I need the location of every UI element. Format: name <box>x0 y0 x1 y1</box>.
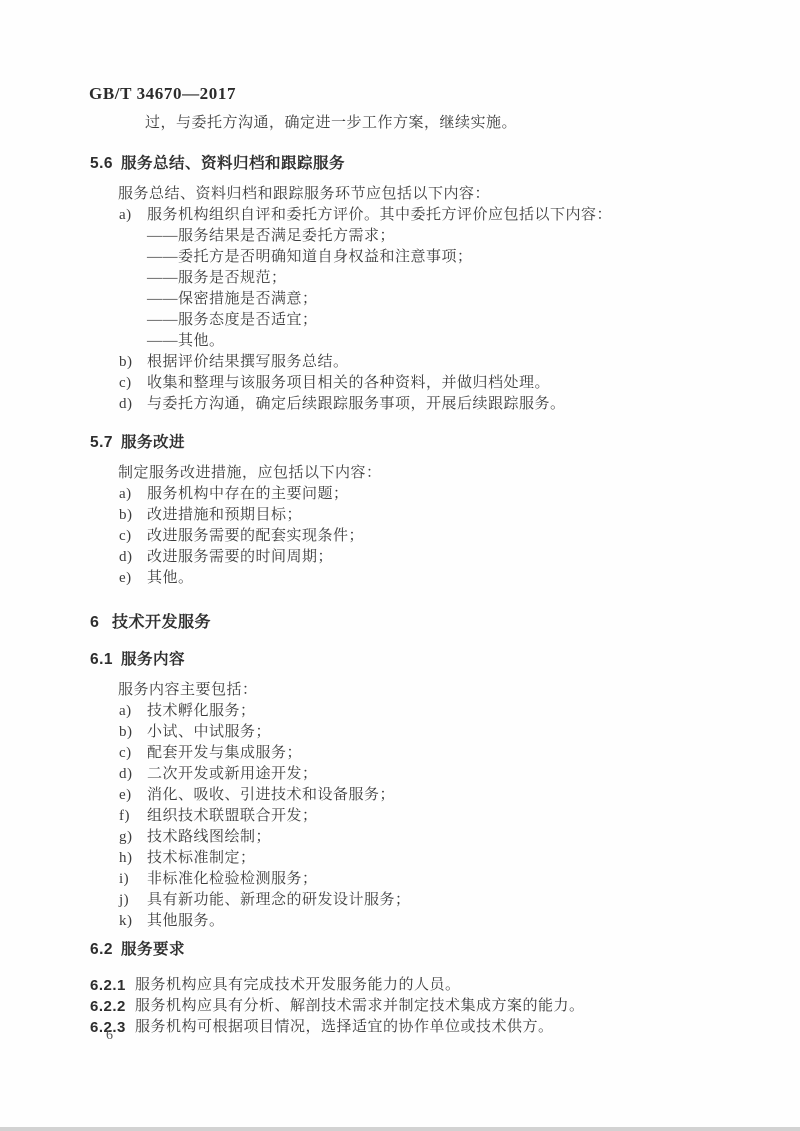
section-heading-5-6: 5.6 服务总结、资料归档和跟踪服务 <box>90 152 750 176</box>
list-item: a) 服务机构中存在的主要问题； <box>119 484 750 505</box>
numbered-clause: 6.2.1 服务机构应具有完成技术开发服务能力的人员。 <box>90 975 750 996</box>
dash-subitem: ——其他。 <box>147 331 750 352</box>
item-text: 其他。 <box>147 568 194 589</box>
section-heading-5-7: 5.7 服务改进 <box>90 431 750 455</box>
numbered-clause: 6.2.3 服务机构可根据项目情况，选择适宜的协作单位或技术供方。 <box>90 1017 750 1038</box>
section-title: 服务改进 <box>121 431 185 455</box>
list-item: e) 其他。 <box>119 568 750 589</box>
item-text: 与委托方沟通，确定后续跟踪服务事项，开展后续跟踪服务。 <box>147 394 566 415</box>
clause-text: 服务机构应具有完成技术开发服务能力的人员。 <box>135 975 461 996</box>
scan-bottom-edge <box>0 1127 800 1131</box>
list-item: c) 改进服务需要的配套实现条件； <box>119 526 750 547</box>
clause-text: 服务机构应具有分析、解剖技术需求并制定技术集成方案的能力。 <box>135 996 585 1017</box>
numbered-clause: 6.2.2 服务机构应具有分析、解剖技术需求并制定技术集成方案的能力。 <box>90 996 750 1017</box>
list-item: j) 具有新功能、新理念的研发设计服务； <box>119 890 750 911</box>
item-label: a) <box>119 205 147 226</box>
item-text: 二次开发或新用途开发； <box>147 764 318 785</box>
section-intro: 服务总结、资料归档和跟踪服务环节应包括以下内容： <box>118 184 750 205</box>
list-item: b) 根据评价结果撰写服务总结。 <box>119 352 750 373</box>
list-item: b) 改进措施和预期目标； <box>119 505 750 526</box>
item-text: 收集和整理与该服务项目相关的各种资料，并做归档处理。 <box>147 373 550 394</box>
dash-subitem: ——服务结果是否满足委托方需求； <box>147 226 750 247</box>
item-text: 改进服务需要的时间周期； <box>147 547 333 568</box>
list-item: h) 技术标准制定； <box>119 848 750 869</box>
list-item: d) 二次开发或新用途开发； <box>119 764 750 785</box>
chapter-heading-6: 6 技术开发服务 <box>90 610 750 636</box>
section-title: 服务内容 <box>121 648 185 672</box>
item-label: c) <box>119 743 147 764</box>
item-text: 组织技术联盟联合开发； <box>147 806 318 827</box>
dash-subitem: ——保密措施是否满意； <box>147 289 750 310</box>
dash-subitem: ——服务是否规范； <box>147 268 750 289</box>
list-item: a) 服务机构组织自评和委托方评价。其中委托方评价应包括以下内容： <box>119 205 750 226</box>
list-item: f) 组织技术联盟联合开发； <box>119 806 750 827</box>
item-label: i) <box>119 869 147 890</box>
section-intro: 制定服务改进措施，应包括以下内容： <box>118 463 750 484</box>
item-text: 服务机构组织自评和委托方评价。其中委托方评价应包括以下内容： <box>147 205 612 226</box>
item-label: d) <box>119 394 147 415</box>
item-label: a) <box>119 484 147 505</box>
continuation-paragraph: 过，与委托方沟通，确定进一步工作方案，继续实施。 <box>145 113 750 134</box>
item-text: 消化、吸收、引进技术和设备服务； <box>147 785 395 806</box>
list-item: d) 改进服务需要的时间周期； <box>119 547 750 568</box>
item-text: 改进措施和预期目标； <box>147 505 302 526</box>
dash-subitem: ——服务态度是否适宜； <box>147 310 750 331</box>
section-number: 5.7 <box>90 431 121 455</box>
item-label: c) <box>119 526 147 547</box>
clause-number: 6.2.2 <box>90 996 135 1017</box>
list-item: c) 收集和整理与该服务项目相关的各种资料，并做归档处理。 <box>119 373 750 394</box>
section-number: 6.2 <box>90 938 121 962</box>
item-label: d) <box>119 764 147 785</box>
item-label: j) <box>119 890 147 911</box>
list-item: e) 消化、吸收、引进技术和设备服务； <box>119 785 750 806</box>
item-text: 其他服务。 <box>147 911 225 932</box>
section-heading-6-1: 6.1 服务内容 <box>90 648 750 672</box>
item-label: k) <box>119 911 147 932</box>
item-label: b) <box>119 505 147 526</box>
item-label: b) <box>119 352 147 373</box>
list-item: a) 技术孵化服务； <box>119 701 750 722</box>
item-text: 技术路线图绘制； <box>147 827 271 848</box>
scanned-standard-page: GB/T 34670—2017 过，与委托方沟通，确定进一步工作方案，继续实施。… <box>0 0 800 1131</box>
item-label: e) <box>119 568 147 589</box>
section-title: 服务要求 <box>121 938 185 962</box>
list-item: c) 配套开发与集成服务； <box>119 743 750 764</box>
item-text: 具有新功能、新理念的研发设计服务； <box>147 890 411 911</box>
section-title: 技术开发服务 <box>112 610 211 636</box>
page-body: 过，与委托方沟通，确定进一步工作方案，继续实施。 5.6 服务总结、资料归档和跟… <box>90 0 750 1038</box>
list-item: d) 与委托方沟通，确定后续跟踪服务事项，开展后续跟踪服务。 <box>119 394 750 415</box>
item-label: b) <box>119 722 147 743</box>
item-text: 技术孵化服务； <box>147 701 256 722</box>
section-number: 6.1 <box>90 648 121 672</box>
dash-subitem: ——委托方是否明确知道自身权益和注意事项； <box>147 247 750 268</box>
list-item: k) 其他服务。 <box>119 911 750 932</box>
item-label: c) <box>119 373 147 394</box>
item-text: 配套开发与集成服务； <box>147 743 302 764</box>
item-label: a) <box>119 701 147 722</box>
clause-number: 6.2.1 <box>90 975 135 996</box>
section-title: 服务总结、资料归档和跟踪服务 <box>121 152 345 176</box>
section-intro: 服务内容主要包括： <box>118 680 750 701</box>
item-text: 非标准化检验检测服务； <box>147 869 318 890</box>
item-text: 小试、中试服务； <box>147 722 271 743</box>
section-number: 6 <box>90 610 112 636</box>
item-text: 根据评价结果撰写服务总结。 <box>147 352 349 373</box>
item-label: g) <box>119 827 147 848</box>
section-number: 5.6 <box>90 152 121 176</box>
item-label: f) <box>119 806 147 827</box>
item-text: 服务机构中存在的主要问题； <box>147 484 349 505</box>
list-item: g) 技术路线图绘制； <box>119 827 750 848</box>
section-heading-6-2: 6.2 服务要求 <box>90 938 750 962</box>
item-text: 技术标准制定； <box>147 848 256 869</box>
page-number: 6 <box>106 1028 113 1044</box>
clause-text: 服务机构可根据项目情况，选择适宜的协作单位或技术供方。 <box>135 1017 554 1038</box>
item-label: d) <box>119 547 147 568</box>
item-label: h) <box>119 848 147 869</box>
item-label: e) <box>119 785 147 806</box>
list-item: b) 小试、中试服务； <box>119 722 750 743</box>
item-text: 改进服务需要的配套实现条件； <box>147 526 364 547</box>
list-item: i) 非标准化检验检测服务； <box>119 869 750 890</box>
